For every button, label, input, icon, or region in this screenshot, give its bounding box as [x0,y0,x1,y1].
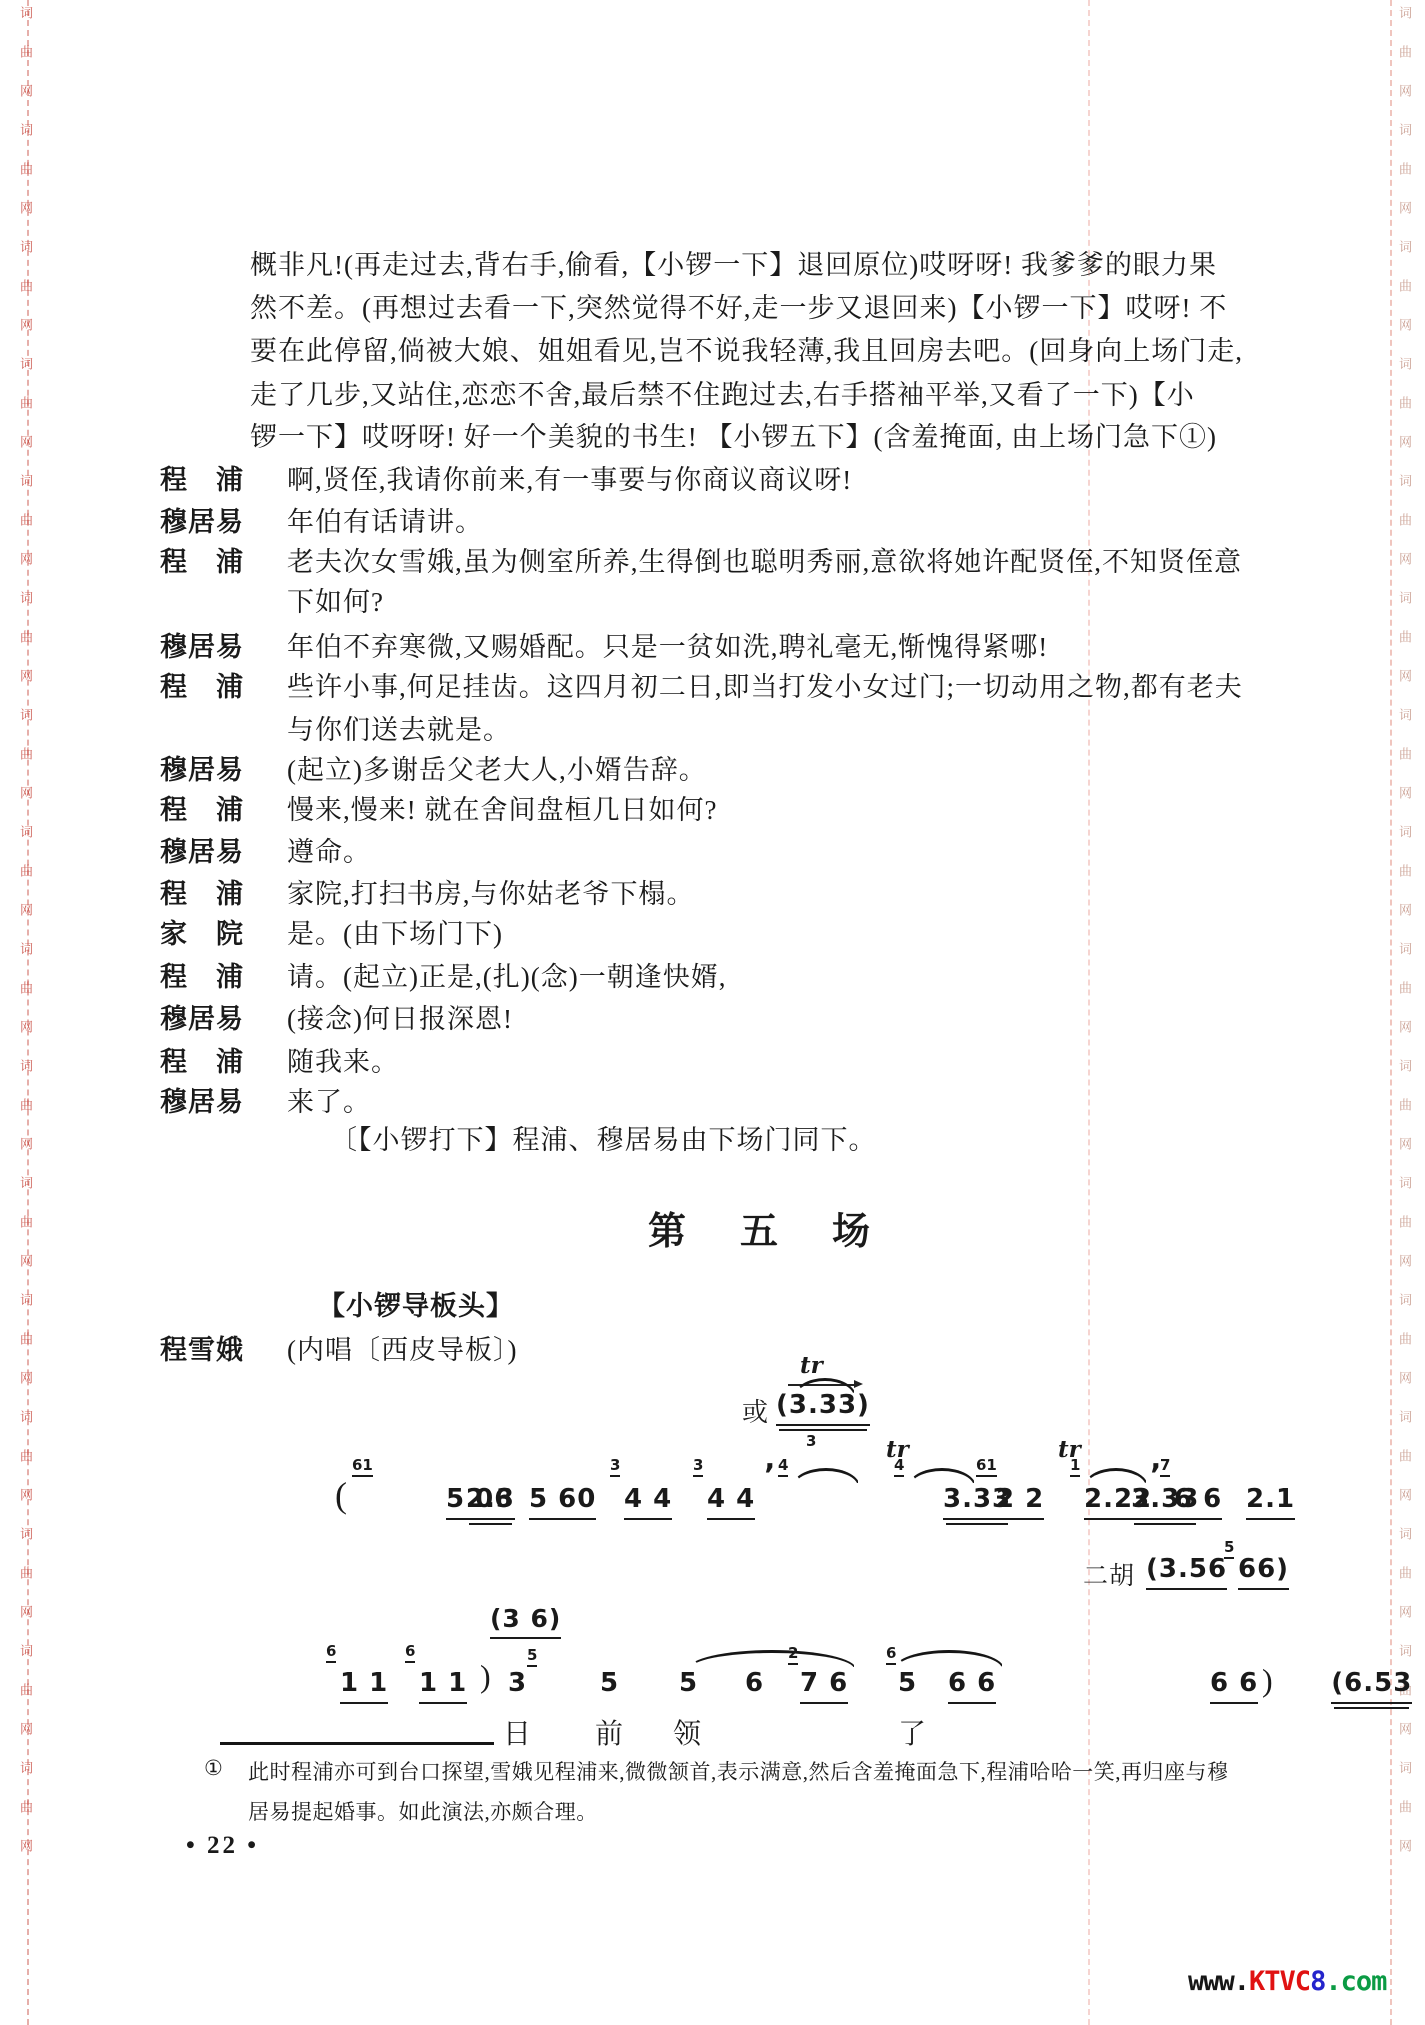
close-paren: ) [1262,1662,1273,1699]
slur-arc [908,1468,976,1487]
dialogue-text: 随我来。 [287,1040,399,1079]
footnote-rule [220,1742,494,1745]
note-group: 2.1 [1246,1484,1295,1520]
alternative-note: (3 6) [490,1604,561,1639]
note-group: 5 [898,1668,917,1698]
speaker-name: 程 浦 [160,955,244,994]
triplet-number: 3 [806,1432,816,1450]
note-group: 5 [600,1668,619,1698]
speaker-name: 程 浦 [160,788,244,827]
speaker-name: 程 浦 [160,540,244,579]
footnote-marker: ① [204,1756,223,1781]
grace-note: 4 [778,1456,788,1477]
note-group: 4 4 [707,1484,755,1520]
dialogue-text: 是。(由下场门下) [287,912,503,951]
right-margin-watermark: 词曲网词曲网词曲网词曲网词曲网词曲网词曲网词曲网词曲网词曲网词曲网词曲网词曲网词… [1397,6,1410,1878]
grace-note: 5 [1224,1538,1234,1559]
speaker-name: 程 浦 [160,872,244,911]
grace-note: 61 [976,1456,997,1477]
note-group: 3 [508,1668,527,1698]
dialogue-text: 来了。 [287,1080,371,1119]
watermark-com: .com [1325,1966,1386,1997]
open-paren: ( [335,1474,347,1516]
grace-note: 6 [405,1642,415,1663]
stage-note-line-2: 然不差。(再想过去看一下,突然觉得不好,走一步又退回来)【小锣一下】哎呀! 不 [250,286,1227,325]
erhu-notes: 66) [1238,1554,1289,1590]
breath-mark: ’ [764,1458,776,1493]
lyric-char: 前 [595,1712,623,1752]
note-group: 6 6 [1210,1668,1258,1704]
dialogue-text: (接念)何日报深恩! [287,997,513,1036]
grace-note: 5 [527,1646,537,1667]
dialogue-text: 啊,贤侄,我请你前来,有一事要与你商议商议呀! [287,458,852,497]
note-group: 6 6 [1174,1484,1222,1520]
note-group: 1 1 [340,1668,388,1704]
speaker-name: 穆居易 [160,500,244,539]
grace-note: 6 [886,1644,896,1665]
note-group: 6 [745,1668,764,1698]
note-group: 2.22 [1084,1484,1152,1520]
dialogue-text: 年伯有话请讲。 [287,500,483,539]
lyric-char: 日 [503,1712,531,1752]
slur-arc [794,1378,856,1397]
footnote-line-2: 居易提起婚事。如此演法,亦颇合理。 [248,1796,598,1826]
left-margin-watermark: 词曲网词曲网词曲网词曲网词曲网词曲网词曲网词曲网词曲网词曲网词曲网词曲网词曲网词… [18,6,31,1878]
scene-title: 第 五 场 [648,1200,878,1255]
close-paren: ) [480,1658,491,1695]
grace-note: 3 [610,1456,620,1477]
note-group: 2 2 [996,1484,1044,1520]
stage-note-line-1: 概非凡!(再走过去,背右手,偷看,【小锣一下】退回原位)哎呀呀! 我爹爹的眼力果 [250,243,1217,282]
note-group: 1 1 [419,1668,467,1704]
watermark-www: www. [1188,1966,1249,1997]
slur-arc [1084,1468,1148,1487]
site-watermark: www.KTVC8.com [1188,1966,1386,1997]
dialogue-text: 家院,打扫书房,与你姑老爷下榻。 [287,872,695,911]
dialogue-text: 年伯不弃寒微,又赐婚配。只是一贫如洗,聘礼毫无,惭愧得紧哪! [287,625,1048,664]
alternative-prefix: 或 [742,1392,769,1429]
dialogue-text: (起立)多谢岳父老大人,小婿告辞。 [287,748,707,787]
trill-mark: tr [800,1352,823,1379]
speaker-name: 穆居易 [160,748,244,787]
note-group: 5 06 [446,1484,513,1520]
slur-arc [894,1650,1004,1669]
dialogue-text: 与你们送去就是。 [287,708,511,747]
singer-name: 程雪娥 [160,1328,244,1367]
watermark-8: 8 [1310,1966,1325,1997]
percussion-cue: 【小锣导板头】 [318,1284,514,1323]
speaker-name: 穆居易 [160,625,244,664]
script-page: 词曲网词曲网词曲网词曲网词曲网词曲网词曲网词曲网词曲网词曲网词曲网词曲网词曲网词… [0,0,1425,2025]
dialogue-text: 请。(起立)正是,(扎)(念)一朝逢快婿, [287,955,726,994]
speaker-name: 程 浦 [160,665,244,704]
dialogue-text: 慢来,慢来! 就在舍间盘桓几日如何? [287,788,717,827]
stage-note-line-5: 锣一下】哎呀呀! 好一个美貌的书生! 【小锣五下】(含羞掩面, 由上场门急下①) [250,415,1217,454]
page-number: • 22 • [186,1832,259,1860]
erhu-label: 二胡 [1083,1556,1135,1592]
dialogue-text: 老夫次女雪娥,虽为侧室所养,生得倒也聪明秀丽,意欲将她许配贤侄,不知贤侄意 [287,540,1242,579]
speaker-name: 家 院 [160,912,244,951]
note-group: (6.53 [1331,1668,1412,1704]
speaker-name: 程 浦 [160,458,244,497]
note-group: 7 6 [800,1668,848,1704]
note-group: 5 60 [529,1484,596,1520]
dialogue-text: 些许小事,何足挂齿。这四月初二日,即当打发小女过门;一切动用之物,都有老夫 [287,665,1243,704]
speaker-name: 程 浦 [160,1040,244,1079]
speaker-name: 穆居易 [160,1080,244,1119]
speaker-name: 穆居易 [160,997,244,1036]
watermark-ktvc: KTVC [1249,1966,1310,1997]
lyric-char: 领 [673,1712,701,1752]
lyric-char: 了 [898,1712,926,1752]
grace-note: 7 [1160,1456,1170,1477]
note-group: 4 4 [624,1484,672,1520]
note-group: 6 6 [948,1668,996,1704]
grace-note: 2 [788,1644,798,1665]
footnote-line-1: 此时程浦亦可到台口探望,雪娥见程浦来,微微颔首,表示满意,然后含羞掩面急下,程浦… [248,1756,1229,1786]
stage-note-line-4: 走了几步,又站住,恋恋不舍,最后禁不住跑过去,右手搭袖平举,又看了一下)【小 [250,373,1195,412]
erhu-notes: (3.56 [1146,1554,1227,1590]
grace-note: 4 [894,1456,904,1477]
arrowhead-icon [854,1380,863,1388]
right-dashed-line [1390,0,1392,2025]
stage-direction: 〔【小锣打下】程浦、穆居易由下场门同下。 [330,1118,877,1157]
slur-arc [792,1468,860,1487]
dialogue-text: 下如何? [287,580,384,619]
speaker-name: 穆居易 [160,830,244,869]
grace-note: 3 [693,1456,703,1477]
grace-note: 6 [326,1642,336,1663]
stage-note-line-3: 要在此停留,倘被大娘、姐姐看见,岂不说我轻薄,我且回房去吧。(回身向上场门走, [250,329,1243,368]
grace-note: 1 [1070,1456,1080,1477]
note-group: 5 [679,1668,698,1698]
slur-arc [688,1650,856,1669]
grace-note: 61 [352,1456,373,1477]
singer-direction: (内唱〔西皮导板〕) [287,1328,517,1367]
dialogue-text: 遵命。 [287,830,371,869]
